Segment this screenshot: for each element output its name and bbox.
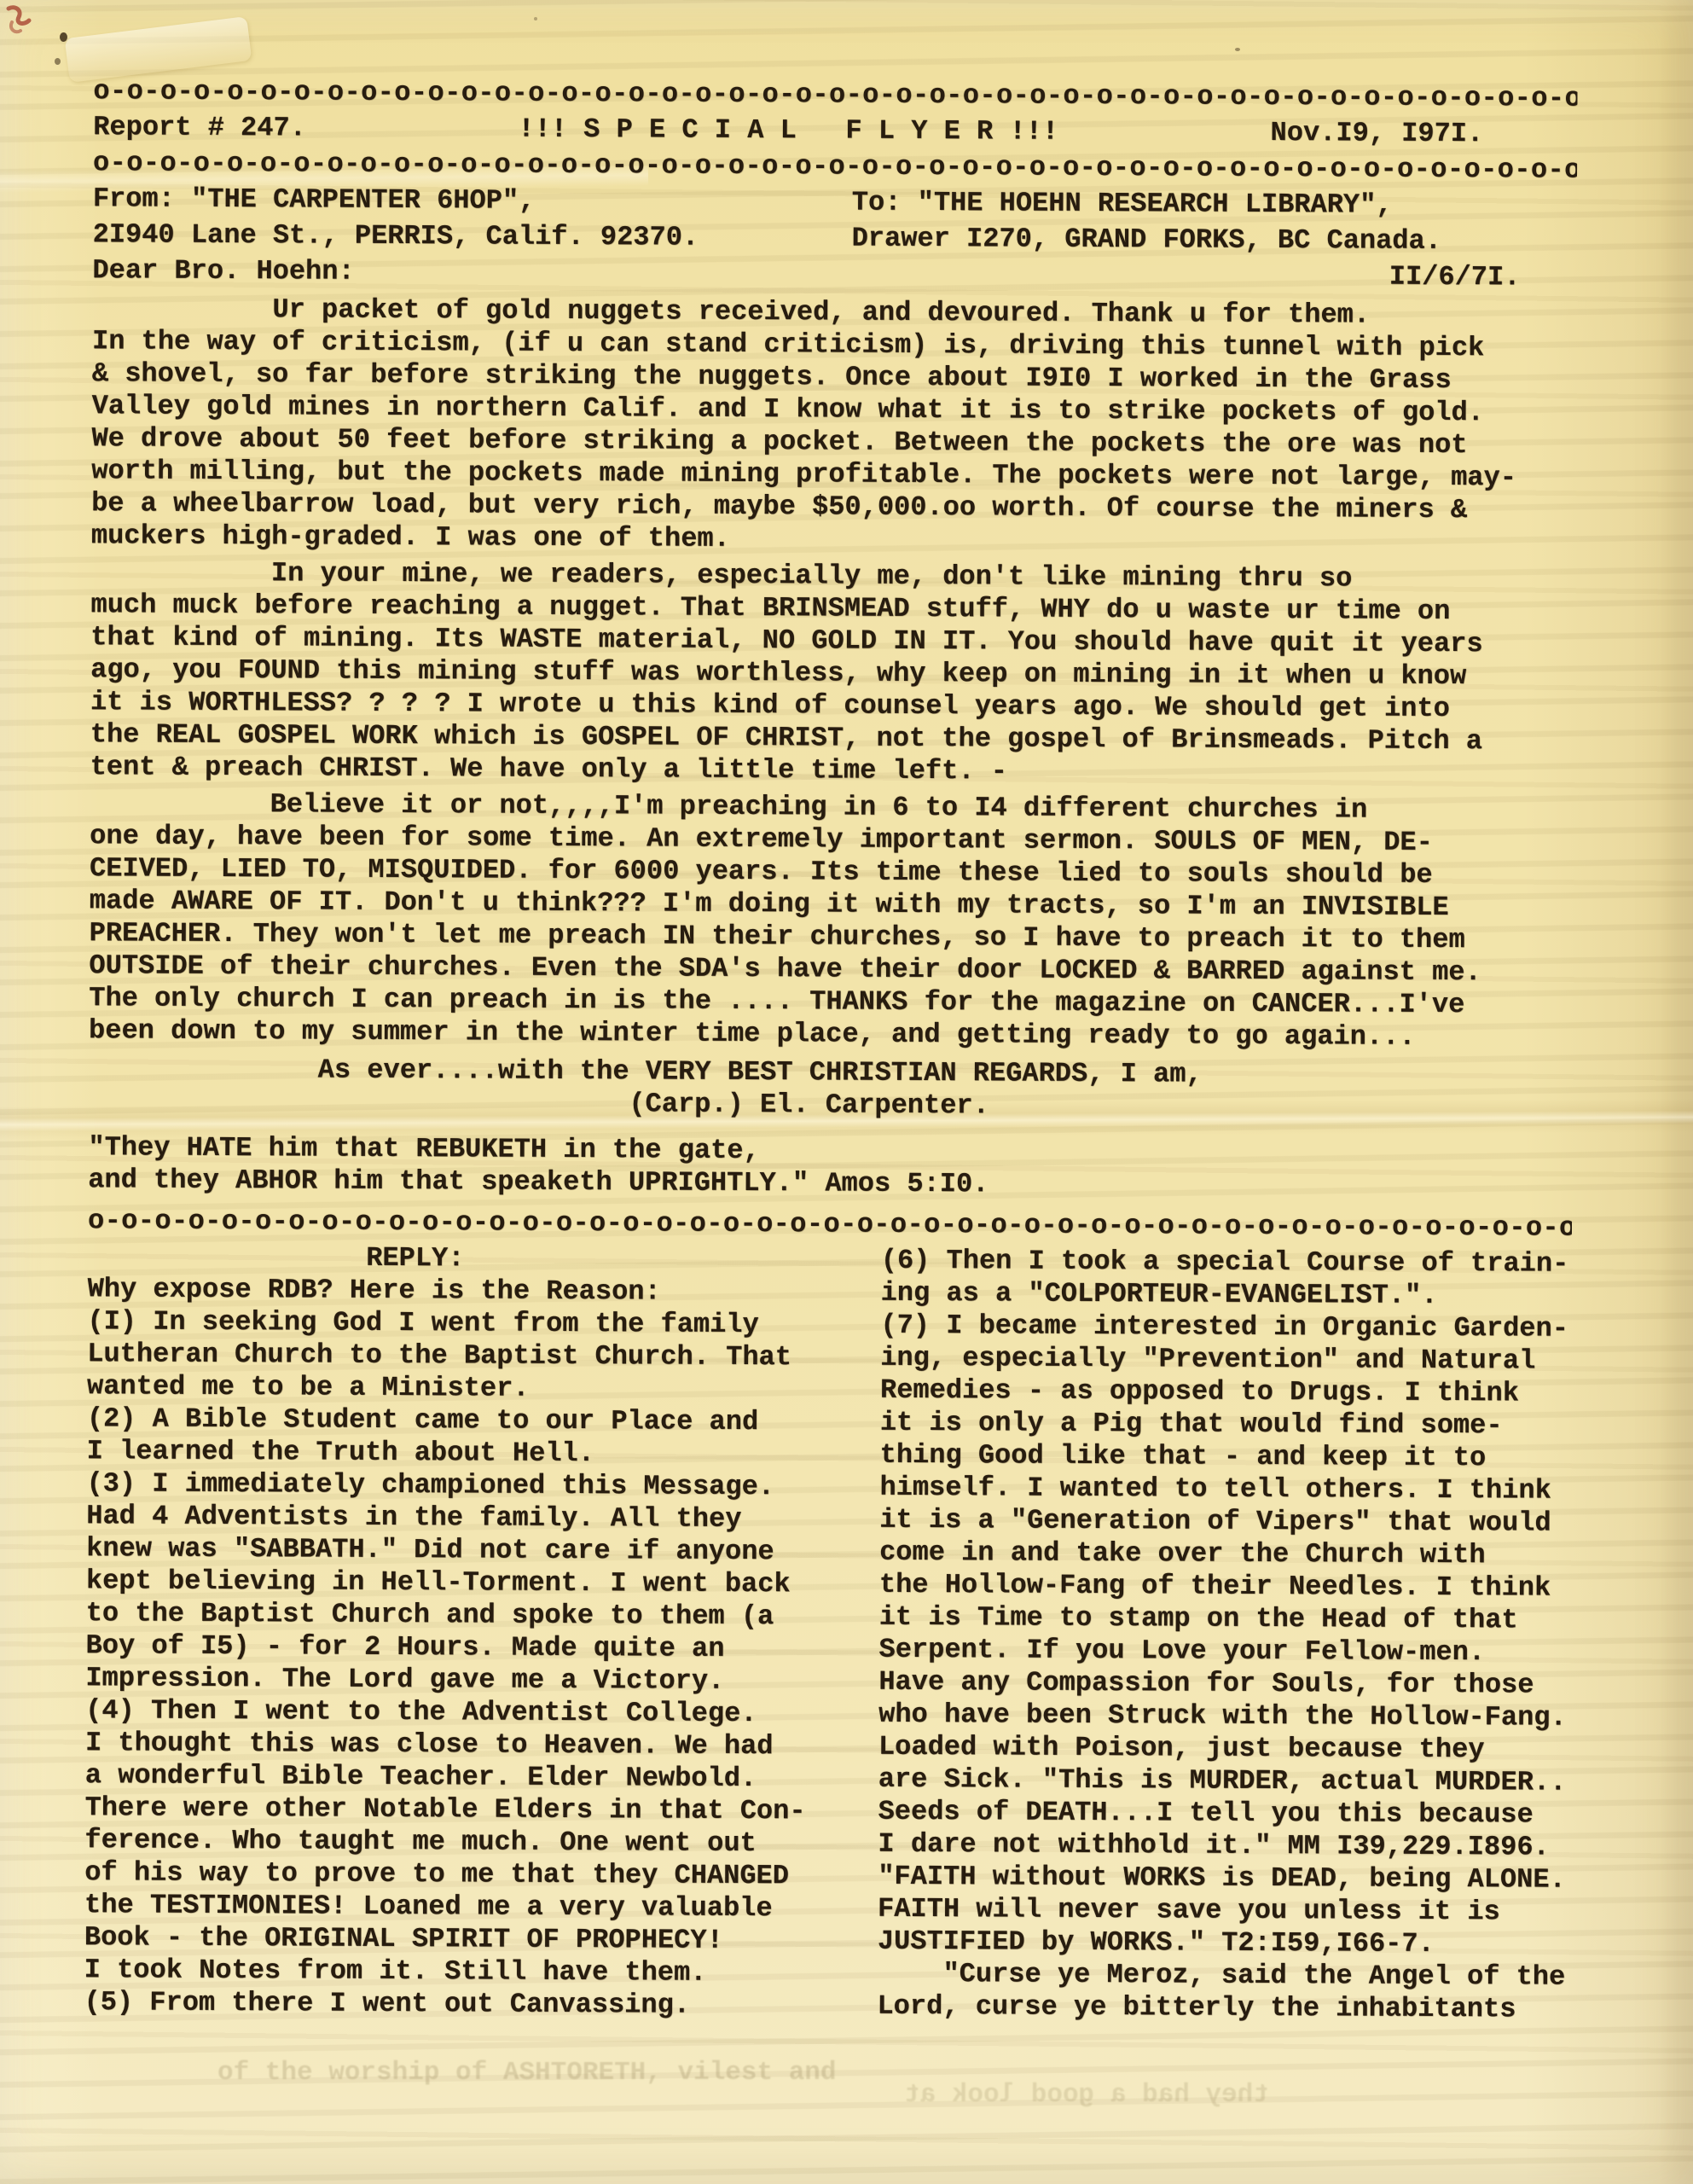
paragraph-preaching: Believe it or not,,,,I'm preaching in 6 … <box>89 787 1689 1054</box>
from-line: From: "THE CARPENTER 6HOP", <box>93 181 852 220</box>
reply-column-left: REPLY: Why expose RDB? Here is the Reaso… <box>84 1240 880 2023</box>
letter-content: o-o-o-o-o-o-o-o-o-o-o-o-o-o-o-o-o-o-o-o-… <box>0 0 1693 2026</box>
paragraph-gold-nuggets: Ur packet of gold nuggets received, and … <box>91 293 1691 560</box>
bleed-through-text: of the worship of ASHTORETH, vilest and <box>217 2058 837 2088</box>
salutation-row: Dear Bro. Hoehn: II/6/7I. <box>92 253 1576 296</box>
divider-top: o-o-o-o-o-o-o-o-o-o-o-o-o-o-o-o-o-o-o-o-… <box>93 73 1577 117</box>
closing-signature: As ever....with the VERY BEST CHRISTIAN … <box>89 1053 1688 1125</box>
flyer-date: Nov.I9, I97I. <box>1270 115 1577 153</box>
bleed-through-text-mirrored: they had a good look at <box>904 2080 1269 2110</box>
flyer-title: !!! S P E C I A L F L Y E R !!! <box>518 112 1058 150</box>
report-number: Report # 247. <box>93 109 306 146</box>
scanned-letter-page: o-o-o-o-o-o-o-o-o-o-o-o-o-o-o-o-o-o-o-o-… <box>0 0 1693 2184</box>
paragraph-your-mine: In your mine, we readers, especially me,… <box>90 556 1690 791</box>
from-address: 2I940 Lane St., PERRIS, Calif. 92370. <box>93 217 852 256</box>
to-line: To: "THE HOEHN RESEARCH LIBRARY", <box>852 185 1393 224</box>
letter-date: II/6/7I. <box>1389 259 1577 296</box>
reply-columns: REPLY: Why expose RDB? Here is the Reaso… <box>84 1240 1686 2026</box>
salutation: Dear Bro. Hoehn: <box>92 253 354 290</box>
divider-bottom: o-o-o-o-o-o-o-o-o-o-o-o-o-o-o-o-o-o-o-o-… <box>88 1204 1572 1246</box>
scripture-quote: "They HATE him that REBUKETH in the gate… <box>88 1131 1687 1204</box>
to-address: Drawer I270, GRAND FORKS, BC Canada. <box>852 221 1442 259</box>
reply-column-right: (6) Then I took a special Course of trai… <box>877 1245 1686 2027</box>
